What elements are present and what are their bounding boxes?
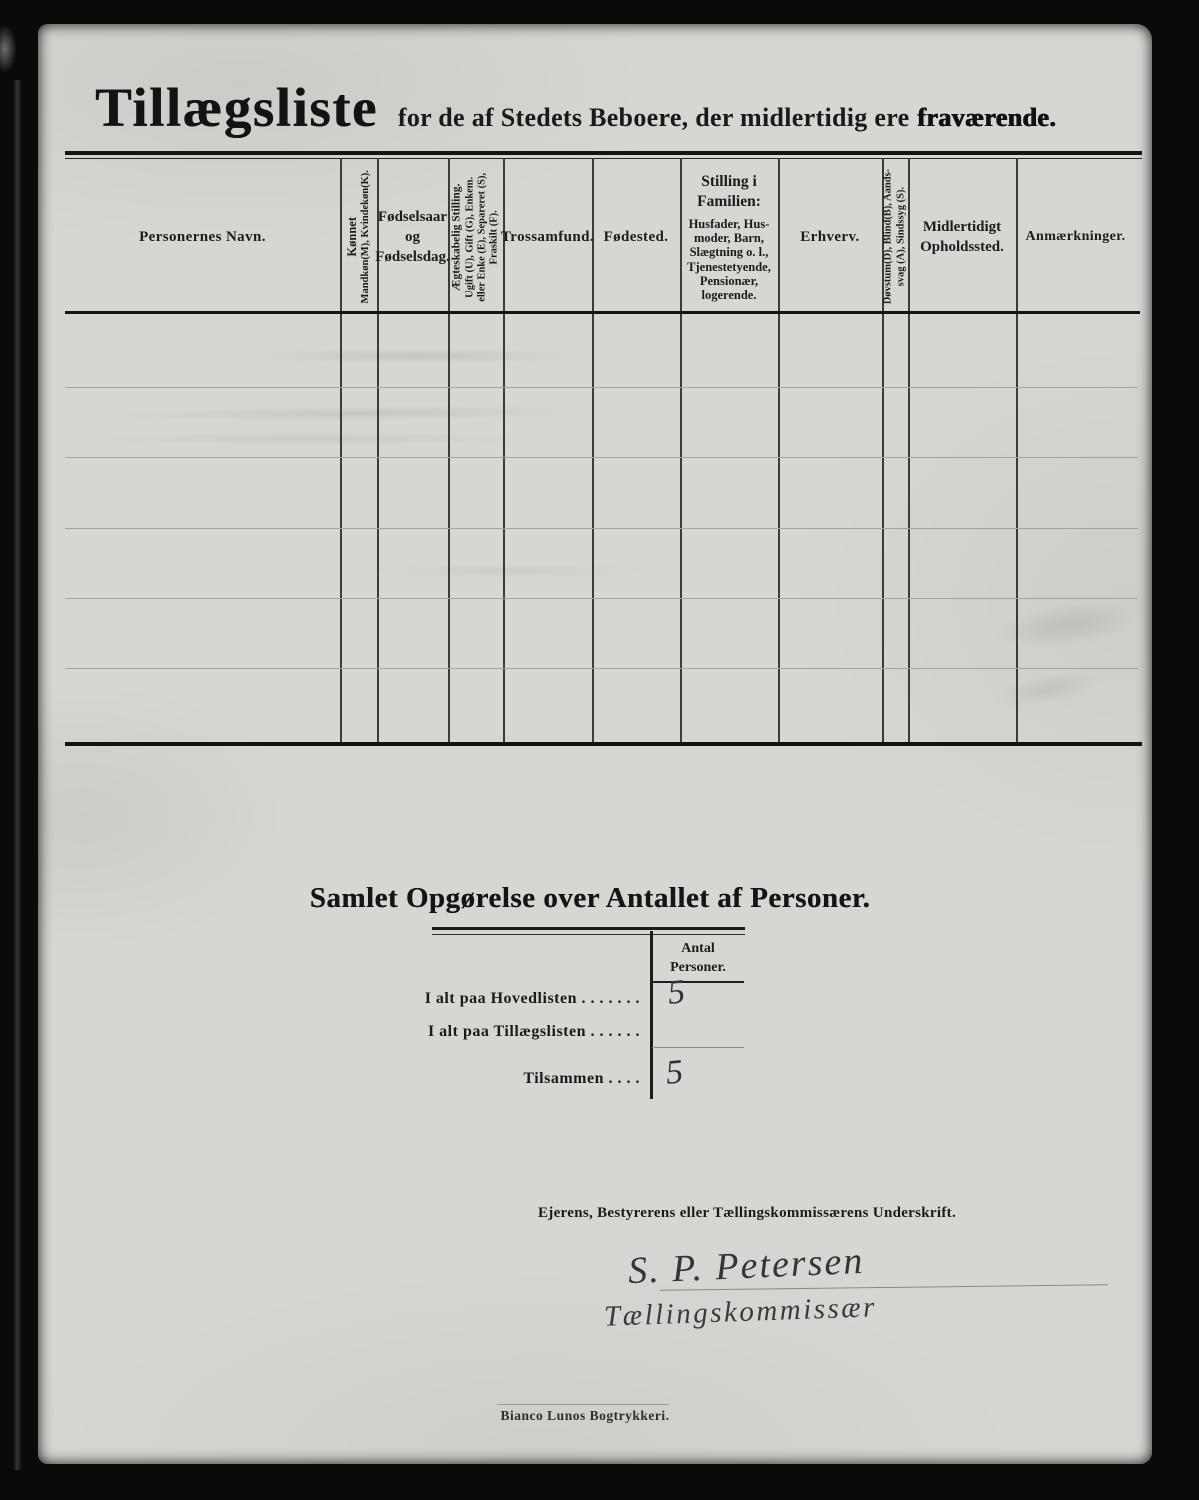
column-header-midlertidigt-opholdssted: Midlertidigt Opholdssted. [908, 163, 1016, 311]
table-row-line [65, 528, 1138, 529]
header-line: Stilling i [697, 172, 761, 192]
column-header-aegteskabelig: Ægteskabelig Stilling. Ugift (U), Gift (… [448, 163, 503, 311]
header-line: Tjenestetyende, [687, 260, 771, 274]
handwritten-value-hovedlisten: 5 [666, 973, 686, 1012]
document-header: Tillægsliste for de af Stedets Beboere, … [95, 76, 1125, 139]
summary-row-label-tilsammen: Tilsammen . . . . [300, 1070, 640, 1088]
column-header-label: Fødselsaar og Fødselsdag. [375, 207, 450, 268]
rotated-line: Døvstum(D), Blind(B), Aands- [882, 162, 895, 312]
header-line: Pensionær, [687, 274, 771, 288]
column-header-fodselsaar: Fødselsaar og Fødselsdag. [377, 163, 448, 311]
rotated-line: Fraskilt (F). [488, 162, 500, 312]
table-row-line [65, 387, 1138, 388]
table-row-line [65, 668, 1138, 669]
handwritten-signature-name: S. P. Petersen [627, 1239, 865, 1293]
imprint-rule [497, 1404, 669, 1405]
rotated-line: Mandkøn(M), Kvindekøn(K). [360, 162, 373, 312]
printer-imprint: Bianco Lunos Bogtrykkeri. [475, 1408, 695, 1424]
column-header-label: Midlertidigt Opholdssted. [920, 217, 1004, 258]
summary-column-header-rule [652, 981, 744, 983]
table-row-line [65, 598, 1138, 599]
header-line: Midlertidigt [920, 217, 1004, 237]
bleed-through-smudge [108, 403, 608, 423]
bleed-through-smudge [991, 665, 1105, 714]
summary-heading: Samlet Opgørelse over Antallet af Person… [290, 882, 890, 915]
page-subtitle: for de af Stedets Beboere, der midlertid… [398, 103, 910, 133]
column-header-dovstum: Døvstum(D), Blind(B), Aands- svag (A), S… [882, 163, 908, 311]
column-header-erhverv: Erhverv. [778, 163, 882, 311]
scan-corner-artifact [0, 26, 16, 72]
column-header-label: Stilling i Familien: [697, 172, 761, 212]
column-header-stilling-i-familien: Stilling i Familien: Husfader, Hus- mode… [680, 163, 778, 311]
column-header-label: Anmærkninger. [1026, 229, 1126, 245]
handwritten-value-tilsammen: 5 [664, 1053, 684, 1092]
summary-sum-rule [652, 1047, 744, 1048]
summary-column-header: Antal Personer. [653, 940, 743, 978]
bleed-through-smudge [238, 348, 598, 364]
summary-column-header-line: Antal [653, 940, 743, 959]
column-header-label: Personernes Navn. [139, 229, 266, 246]
header-line: Slægtning o. l., [687, 245, 771, 259]
column-header-sublabel: Husfader, Hus- moder, Barn, Slægtning o.… [687, 217, 771, 303]
column-header-personernes-navn: Personernes Navn. [65, 163, 340, 311]
column-header-label: Fødested. [604, 229, 669, 246]
rotated-line: svag (A), Sindssyg (S). [895, 162, 908, 312]
header-line: Fødselsdag. [375, 247, 450, 267]
summary-row-label-hovedlisten: I alt paa Hovedlisten . . . . . . . [300, 990, 640, 1008]
rotated-line: eller Enke (E), Separeret (S), [476, 162, 488, 312]
rotated-line: Kønnet [345, 162, 360, 312]
handwritten-signature-role: Tællingskommissær [604, 1291, 878, 1334]
document-page: Tillægsliste for de af Stedets Beboere, … [38, 24, 1152, 1464]
header-line: Opholdssted. [920, 237, 1004, 257]
rotated-header-text: Ægteskabelig Stilling. Ugift (U), Gift (… [450, 162, 501, 312]
title-double-rule [65, 151, 1142, 159]
signature-label: Ejerens, Bestyrerens eller Tællingskommi… [537, 1205, 957, 1222]
bleed-through-smudge [98, 432, 528, 446]
header-line: logerende. [687, 288, 771, 302]
rotated-header-text: Kønnet Mandkøn(M), Kvindekøn(K). [345, 162, 373, 312]
header-line: og [375, 227, 450, 247]
header-line: Husfader, Hus- [687, 217, 771, 231]
header-line: Fødselsaar [375, 207, 450, 227]
column-header-fodested: Fødested. [592, 163, 680, 311]
page-subtitle-emphasis: fraværende. [917, 103, 1056, 133]
table-row-line [65, 457, 1138, 458]
scanned-census-form: Tillægsliste for de af Stedets Beboere, … [0, 0, 1199, 1500]
rotated-line: Ægteskabelig Stilling. [450, 162, 464, 312]
bleed-through-smudge [358, 564, 658, 578]
column-header-label: Trossamfund. [501, 229, 594, 246]
column-header-label: Erhverv. [800, 229, 859, 246]
rotated-line: Ugift (U), Gift (G), Enkem. [464, 162, 476, 312]
scan-edge-artifact [13, 80, 22, 1470]
table-bottom-rule [65, 742, 1142, 746]
column-header-anmaerkninger: Anmærkninger. [1016, 163, 1135, 311]
header-line: moder, Barn, [687, 231, 771, 245]
rotated-header-text: Døvstum(D), Blind(B), Aands- svag (A), S… [882, 162, 907, 312]
column-header-konnet: Kønnet Mandkøn(M), Kvindekøn(K). [340, 163, 377, 311]
page-title: Tillægsliste [95, 76, 378, 139]
column-header-trossamfund: Trossamfund. [503, 163, 592, 311]
summary-row-label-tillaegslisten: I alt paa Tillægslisten . . . . . . [300, 1023, 640, 1041]
header-line: Familien: [697, 192, 761, 212]
summary-top-rule [432, 927, 745, 935]
table-header-bottom-rule [65, 311, 1140, 314]
